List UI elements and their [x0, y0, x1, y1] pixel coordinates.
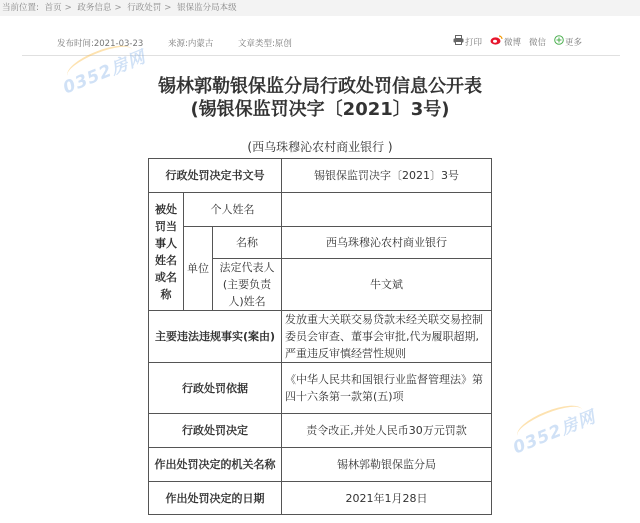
table-row: 主要违法违规事实(案由) 发放重大关联交易贷款未经关联交易控制委员会审查、董事会…: [149, 311, 492, 363]
divider: [22, 55, 620, 56]
breadcrumb: 当前位置: 首页> 政务信息> 行政处罚> 银保监分局本级: [0, 0, 640, 16]
table-row: 单位 名称 西乌珠穆沁农村商业银行: [149, 227, 492, 259]
more-button[interactable]: 更多: [554, 35, 582, 48]
individual-value: [282, 193, 492, 227]
penalty-table: 行政处罚决定书文号 锡银保监罚决字〔2021〕3号 被处罚当事人姓名或名称 个人…: [148, 158, 492, 515]
share-bar: 打印 微博 微信 更多: [453, 35, 590, 48]
breadcrumb-branch[interactable]: 银保监分局本级: [177, 3, 237, 13]
doc-number-value: 锡银保监罚决字〔2021〕3号: [282, 159, 492, 193]
breadcrumb-label: 当前位置:: [2, 3, 39, 13]
breadcrumb-gov-info[interactable]: 政务信息: [77, 3, 111, 13]
page-subtitle-number: (锡银保监罚决字〔2021〕3号): [0, 95, 640, 121]
individual-label: 个人姓名: [184, 193, 282, 227]
basis-value: 《中华人民共和国银行业监督管理法》第四十六条第一款第(五)项: [282, 363, 492, 414]
legal-rep-value: 牛文斌: [282, 259, 492, 311]
breadcrumb-separator: >: [114, 3, 121, 13]
wechat-button[interactable]: 微信: [529, 36, 546, 48]
decision-label: 行政处罚决定: [149, 414, 282, 448]
table-row: 行政处罚决定 责令改正,并处人民币30万元罚款: [149, 414, 492, 448]
decision-value: 责令改正,并处人民币30万元罚款: [282, 414, 492, 448]
table-row: 被处罚当事人姓名或名称 个人姓名: [149, 193, 492, 227]
plus-circle-icon: [554, 35, 564, 48]
unit-label: 单位: [184, 227, 213, 311]
date-label: 作出处罚决定的日期: [149, 482, 282, 515]
legal-rep-label: 法定代表人(主要负责人)姓名: [213, 259, 282, 311]
weibo-button[interactable]: 微博: [490, 35, 521, 48]
publish-time: 发布时间:2021-03-23: [57, 39, 143, 49]
article-meta: 发布时间:2021-03-23 来源:内蒙古 文章类型:原创: [57, 37, 314, 49]
authority-label: 作出处罚决定的机关名称: [149, 448, 282, 482]
doc-number-label: 行政处罚决定书文号: [149, 159, 282, 193]
facts-value: 发放重大关联交易贷款未经关联交易控制委员会审查、董事会审批,代为履职超期,严重违…: [282, 311, 492, 363]
entity-name-caption: (西乌珠穆沁农村商业银行 ): [0, 138, 640, 155]
breadcrumb-separator: >: [164, 3, 171, 13]
breadcrumb-home[interactable]: 首页: [45, 3, 62, 13]
date-value: 2021年1月28日: [282, 482, 492, 515]
basis-label: 行政处罚依据: [149, 363, 282, 414]
table-row: 行政处罚依据 《中华人民共和国银行业监督管理法》第四十六条第一款第(五)项: [149, 363, 492, 414]
authority-value: 锡林郭勒银保监分局: [282, 448, 492, 482]
party-label: 被处罚当事人姓名或名称: [149, 193, 184, 311]
unit-name-value: 西乌珠穆沁农村商业银行: [282, 227, 492, 259]
watermark: 0352房网: [508, 403, 598, 459]
table-row: 行政处罚决定书文号 锡银保监罚决字〔2021〕3号: [149, 159, 492, 193]
unit-name-label: 名称: [213, 227, 282, 259]
printer-icon: [453, 35, 464, 48]
article-type: 文章类型:原创: [238, 39, 292, 49]
weibo-icon: [490, 35, 503, 48]
table-row: 作出处罚决定的日期 2021年1月28日: [149, 482, 492, 515]
source: 来源:内蒙古: [168, 39, 213, 49]
breadcrumb-separator: >: [65, 3, 72, 13]
table-row: 作出处罚决定的机关名称 锡林郭勒银保监分局: [149, 448, 492, 482]
facts-label: 主要违法违规事实(案由): [149, 311, 282, 363]
print-button[interactable]: 打印: [453, 35, 482, 48]
breadcrumb-penalty[interactable]: 行政处罚: [127, 3, 161, 13]
